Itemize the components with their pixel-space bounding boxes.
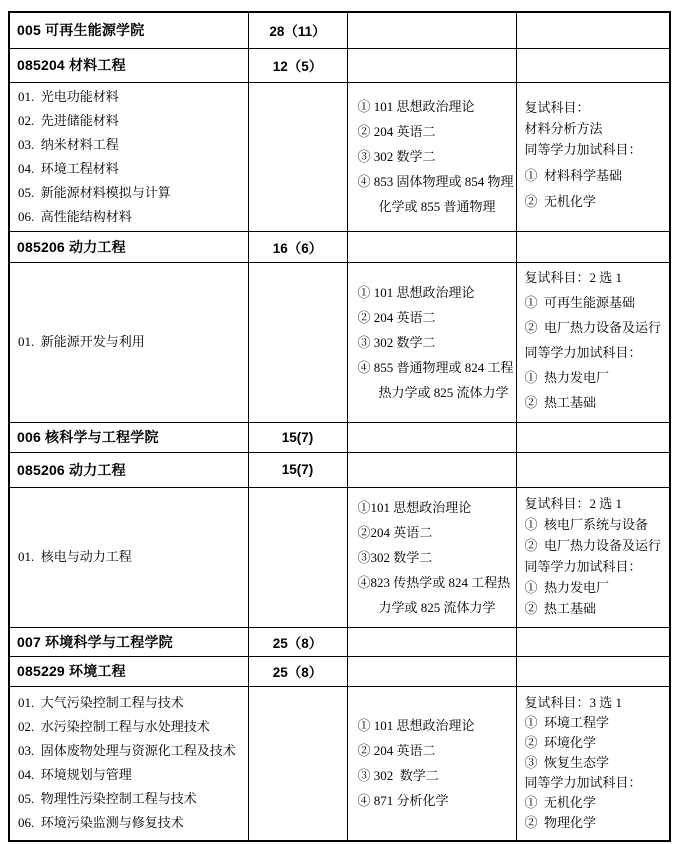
retest-item: ② 环境化学 — [525, 733, 668, 752]
program-row-085204: 085204 材料工程 12（5） — [9, 48, 670, 82]
retest-subjects-cell: 复试科目： 材料分析方法 同等学力加试科目： ① 材料科学基础 ② 无机化学 — [516, 82, 670, 231]
detail-row-085229: 01. 大气污染控制工程与技术 02. 水污染控制工程与水处理技术 03. 固体… — [9, 686, 670, 841]
empty-cell — [347, 231, 516, 262]
directions-cell: 01. 大气污染控制工程与技术 02. 水污染控制工程与水处理技术 03. 固体… — [9, 686, 248, 841]
retest-line: 复试科目：2 选 1 — [525, 267, 668, 288]
exam-subject: ④ 855 普通物理或 824 工程热力学或 825 流体力学 — [358, 355, 514, 405]
retest-line: 同等学力加试科目： — [525, 342, 668, 363]
direction-item: 02. 水污染控制工程与水处理技术 — [18, 715, 244, 739]
college-count: 15(7) — [248, 422, 347, 452]
exam-subject: ① 101 思想政治理论 — [358, 94, 514, 119]
exam-subject: ② 204 英语二 — [358, 305, 514, 330]
detail-row-085204: 01. 光电功能材料 02. 先进储能材料 03. 纳米材料工程 04. 环境工… — [9, 82, 670, 231]
exam-subject: ③ 302 数学二 — [358, 763, 514, 788]
empty-cell — [347, 627, 516, 656]
college-row-006: 006 核科学与工程学院 15(7) — [9, 422, 670, 452]
direction-item: 01. 核电与动力工程 — [18, 545, 244, 569]
retest-subjects-cell: 复试科目：2 选 1 ① 可再生能源基础 ② 电厂热力设备及运行 同等学力加试科… — [516, 262, 670, 422]
program-row-085206-nuclear: 085206 动力工程 15(7) — [9, 452, 670, 487]
empty-cell — [516, 452, 670, 487]
detail-row-085206: 01. 新能源开发与利用 ① 101 思想政治理论 ② 204 英语二 ③ 30… — [9, 262, 670, 422]
program-name: 085229 环境工程 — [9, 656, 248, 686]
directions-cell: 01. 光电功能材料 02. 先进储能材料 03. 纳米材料工程 04. 环境工… — [9, 82, 248, 231]
empty-cell — [516, 48, 670, 82]
direction-item: 06. 环境污染监测与修复技术 — [18, 811, 244, 835]
retest-item: ① 热力发电厂 — [525, 367, 668, 388]
direction-item: 01. 新能源开发与利用 — [18, 330, 244, 354]
empty-cell — [347, 422, 516, 452]
direction-item: 05. 新能源材料模拟与计算 — [18, 181, 244, 205]
program-name: 085204 材料工程 — [9, 48, 248, 82]
direction-item: 03. 纳米材料工程 — [18, 133, 244, 157]
exam-subject: ② 204 英语二 — [358, 738, 514, 763]
retest-item: ① 无机化学 — [525, 793, 668, 812]
retest-line: 复试科目： — [525, 97, 668, 118]
direction-item: 04. 环境规划与管理 — [18, 763, 244, 787]
exam-subject: ④ 853 固体物理或 854 物理化学或 855 普通物理 — [358, 169, 514, 219]
retest-line: 同等学力加试科目： — [525, 773, 668, 792]
program-count: 25（8） — [248, 656, 347, 686]
empty-cell — [347, 452, 516, 487]
program-count: 12（5） — [248, 48, 347, 82]
empty-cell — [516, 422, 670, 452]
empty-cell — [248, 686, 347, 841]
retest-subjects-cell: 复试科目：2 选 1 ① 核电厂系统与设备 ② 电厂热力设备及运行 同等学力加试… — [516, 487, 670, 627]
direction-item: 04. 环境工程材料 — [18, 157, 244, 181]
direction-item: 01. 大气污染控制工程与技术 — [18, 691, 244, 715]
exam-subject: ④ 871 分析化学 — [358, 788, 514, 813]
retest-line: 同等学力加试科目： — [525, 557, 668, 576]
empty-cell — [248, 487, 347, 627]
admissions-table: 005 可再生能源学院 28（11） 085204 材料工程 12（5） 01.… — [8, 11, 671, 842]
retest-item: ② 热工基础 — [525, 392, 668, 413]
exam-subject: ①101 思想政治理论 — [358, 495, 514, 520]
exam-subject: ②204 英语二 — [358, 520, 514, 545]
retest-item: ① 材料科学基础 — [525, 165, 668, 186]
detail-row-085206-nuclear: 01. 核电与动力工程 ①101 思想政治理论 ②204 英语二 ③302 数学… — [9, 487, 670, 627]
retest-item: ② 热工基础 — [525, 599, 668, 618]
empty-cell — [347, 656, 516, 686]
retest-line: 同等学力加试科目： — [525, 139, 668, 160]
empty-cell — [248, 262, 347, 422]
direction-item: 01. 光电功能材料 — [18, 85, 244, 109]
program-row-085206: 085206 动力工程 16（6） — [9, 231, 670, 262]
direction-item: 03. 固体废物处理与资源化工程及技术 — [18, 739, 244, 763]
empty-cell — [516, 231, 670, 262]
retest-subjects-cell: 复试科目：3 选 1 ① 环境工程学 ② 环境化学 ③ 恢复生态学 同等学力加试… — [516, 686, 670, 841]
college-name: 005 可再生能源学院 — [9, 12, 248, 48]
exam-subject: ② 204 英语二 — [358, 119, 514, 144]
exam-subject: ① 101 思想政治理论 — [358, 280, 514, 305]
empty-cell — [248, 82, 347, 231]
program-row-085229: 085229 环境工程 25（8） — [9, 656, 670, 686]
retest-item: ② 无机化学 — [525, 191, 668, 212]
empty-cell — [347, 12, 516, 48]
empty-cell — [516, 12, 670, 48]
program-count: 16（6） — [248, 231, 347, 262]
retest-item: ② 物理化学 — [525, 813, 668, 832]
retest-line: 复试科目：3 选 1 — [525, 693, 668, 712]
program-count: 15(7) — [248, 452, 347, 487]
direction-item: 02. 先进储能材料 — [18, 109, 244, 133]
exam-subjects-cell: ① 101 思想政治理论 ② 204 英语二 ③ 302 数学二 ④ 871 分… — [347, 686, 516, 841]
exam-subject: ④823 传热学或 824 工程热力学或 825 流体力学 — [358, 570, 514, 620]
directions-cell: 01. 核电与动力工程 — [9, 487, 248, 627]
retest-item: ① 热力发电厂 — [525, 578, 668, 597]
exam-subjects-cell: ① 101 思想政治理论 ② 204 英语二 ③ 302 数学二 ④ 853 固… — [347, 82, 516, 231]
directions-cell: 01. 新能源开发与利用 — [9, 262, 248, 422]
program-name: 085206 动力工程 — [9, 231, 248, 262]
empty-cell — [347, 48, 516, 82]
retest-item: ② 电厂热力设备及运行 — [525, 317, 668, 338]
retest-item: ② 电厂热力设备及运行 — [525, 536, 668, 555]
exam-subject: ③ 302 数学二 — [358, 330, 514, 355]
college-row-007: 007 环境科学与工程学院 25（8） — [9, 627, 670, 656]
exam-subject: ③ 302 数学二 — [358, 144, 514, 169]
direction-item: 05. 物理性污染控制工程与技术 — [18, 787, 244, 811]
college-count: 28（11） — [248, 12, 347, 48]
program-name: 085206 动力工程 — [9, 452, 248, 487]
retest-item: ① 环境工程学 — [525, 713, 668, 732]
retest-item: ① 核电厂系统与设备 — [525, 515, 668, 534]
college-name: 007 环境科学与工程学院 — [9, 627, 248, 656]
college-row-005: 005 可再生能源学院 28（11） — [9, 12, 670, 48]
retest-line: 复试科目：2 选 1 — [525, 494, 668, 513]
exam-subjects-cell: ① 101 思想政治理论 ② 204 英语二 ③ 302 数学二 ④ 855 普… — [347, 262, 516, 422]
college-count: 25（8） — [248, 627, 347, 656]
retest-line: 材料分析方法 — [525, 118, 668, 139]
empty-cell — [516, 656, 670, 686]
empty-cell — [516, 627, 670, 656]
exam-subject: ③302 数学二 — [358, 545, 514, 570]
exam-subject: ① 101 思想政治理论 — [358, 713, 514, 738]
retest-item: ③ 恢复生态学 — [525, 753, 668, 772]
direction-item: 06. 高性能结构材料 — [18, 205, 244, 229]
exam-subjects-cell: ①101 思想政治理论 ②204 英语二 ③302 数学二 ④823 传热学或 … — [347, 487, 516, 627]
retest-item: ① 可再生能源基础 — [525, 292, 668, 313]
college-name: 006 核科学与工程学院 — [9, 422, 248, 452]
